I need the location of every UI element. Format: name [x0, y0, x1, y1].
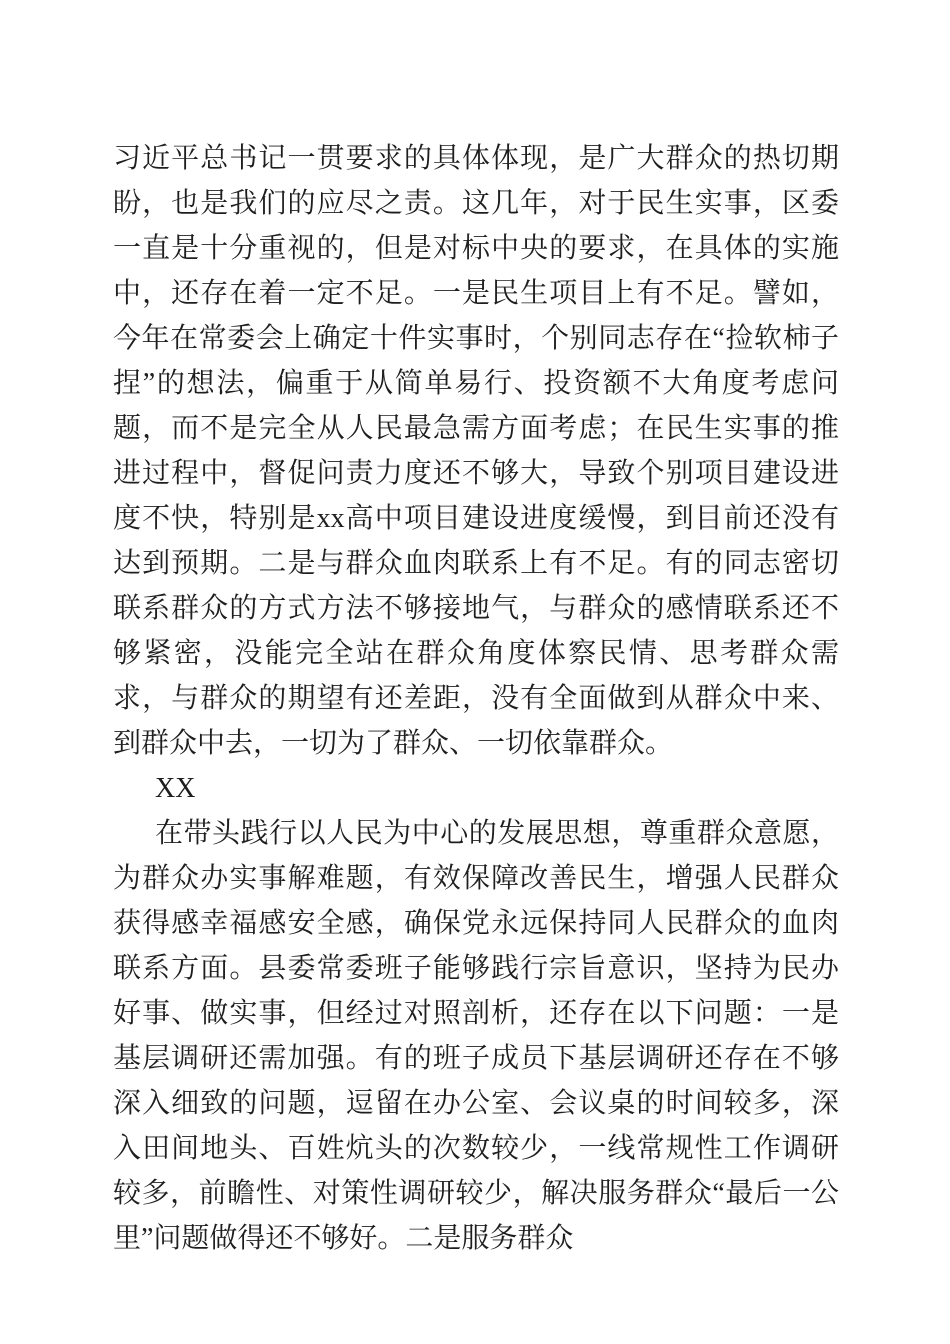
- paragraph-placeholder-xx: XX: [113, 766, 839, 811]
- document-page: 习近平总书记一贯要求的具体体现，是广大群众的热切期盼，也是我们的应尽之责。这几年…: [0, 0, 950, 1344]
- paragraph-people-centered: 在带头践行以人民为中心的发展思想，尊重群众意愿，为群众办实事解难题，有效保障改善…: [113, 811, 839, 1261]
- document-text-body: 习近平总书记一贯要求的具体体现，是广大群众的热切期盼，也是我们的应尽之责。这几年…: [113, 136, 839, 1261]
- paragraph-continuation: 习近平总书记一贯要求的具体体现，是广大群众的热切期盼，也是我们的应尽之责。这几年…: [113, 136, 839, 766]
